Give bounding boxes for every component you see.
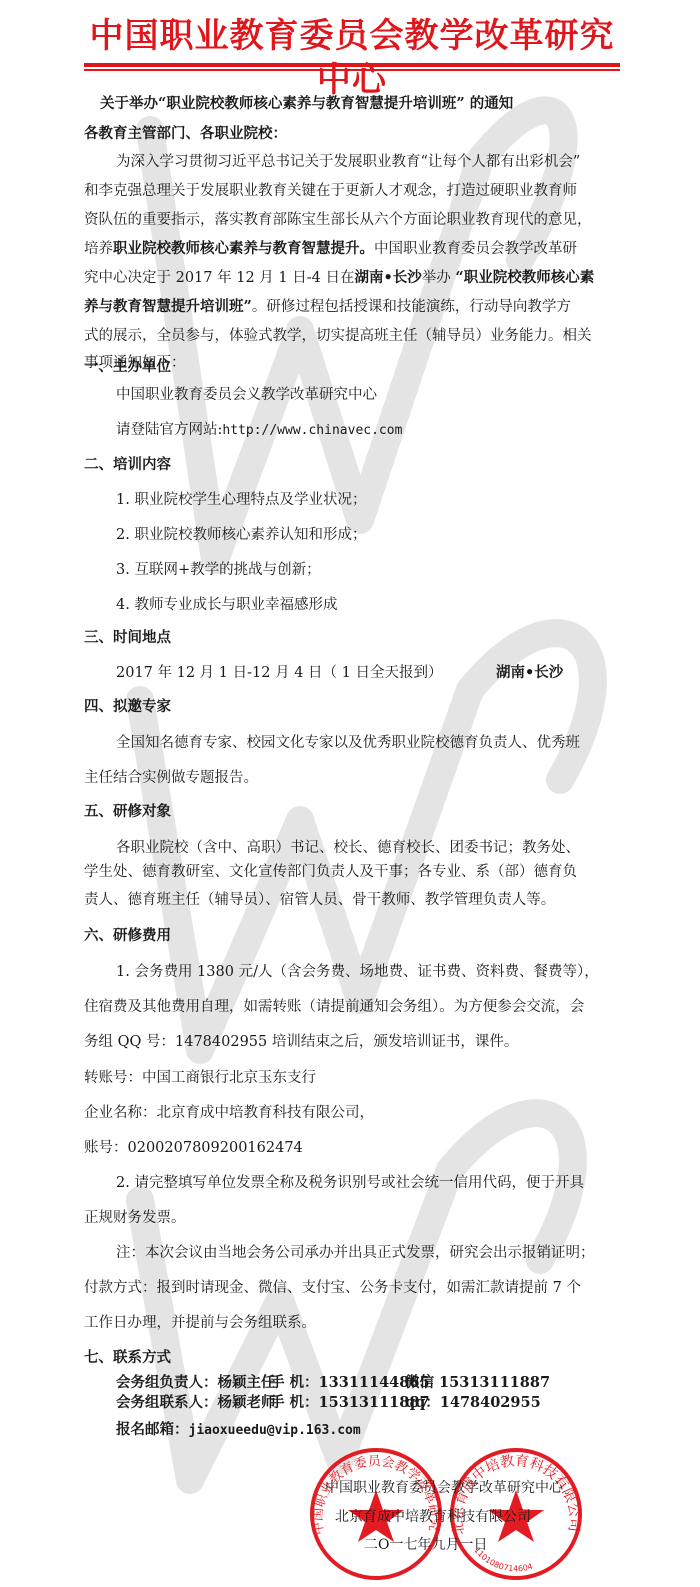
- intro-emphasis: 职业院校教师核心素养与教育智慧提升。: [113, 240, 374, 257]
- letterhead-rule: [84, 63, 620, 67]
- website-link[interactable]: http://www.chinavec.com: [222, 423, 402, 438]
- signature-org2: 北京育成中培教育科技有限公司: [335, 1506, 531, 1526]
- intro-text: 究中心决定于 2017 年 12 月 1 日-4 日在: [84, 270, 354, 286]
- organizer-name: 中国职业教育委员会义教学改革研究中心: [116, 385, 377, 405]
- content-item: 4. 教师专业成长与职业幸福感形成: [116, 595, 337, 615]
- email-line: 报名邮箱：jiaoxueedu@vip.163.com: [116, 1420, 361, 1441]
- content-item: 3. 互联网+教学的挑战与创新；: [116, 560, 321, 580]
- company-name: 企业名称：北京育成中培教育科技有限公司，: [84, 1103, 374, 1123]
- note-text: 工作日办理，并提前与会务组联系。: [84, 1313, 316, 1333]
- event-date: 2017 年 12 月 1 日-12 月 4 日（ 1 日全天报到）: [116, 663, 442, 683]
- intro-emphasis: “职业院校教师核心素: [455, 269, 594, 286]
- section-heading-participants: 五、研修对象: [84, 802, 171, 822]
- account-number: 账号：0200207809200162474: [84, 1138, 303, 1158]
- section-heading-contact: 七、联系方式: [84, 1348, 171, 1368]
- section-heading-content: 二、培训内容: [84, 455, 171, 475]
- intro-line: 究中心决定于 2017 年 12 月 1 日-4 日在湖南•长沙举办 “职业院校…: [84, 268, 594, 288]
- intro-emphasis: 湖南•长沙: [354, 269, 421, 286]
- invoice-text: 2. 请完整填写单位发票全称及税务识别号或社会统一信用代码，便于开具: [116, 1173, 584, 1193]
- contact-qq: qq：1478402955: [405, 1393, 541, 1413]
- email-label: 报名邮箱：: [116, 1421, 189, 1438]
- note-text: 付款方式：报到时请现金、微信、支付宝、公务卡支付，如需汇款请提前 7 个: [84, 1278, 581, 1298]
- website-line: 请登陆官方网站:http://www.chinavec.com: [116, 420, 402, 441]
- participants-text: 各职业院校（含中、高职）书记、校长、德育校长、团委书记；教务处、: [116, 838, 580, 858]
- email-link[interactable]: jiaoxueedu@vip.163.com: [189, 1423, 361, 1438]
- intro-line: 式的展示，全员参与，体验式教学，切实提高班主任（辅导员）业务能力。相关: [84, 326, 592, 346]
- intro-emphasis: 养与教育智慧提升培训班”: [84, 298, 252, 315]
- section-heading-fees: 六、研修费用: [84, 926, 171, 946]
- bank-name: 转账号：中国工商银行北京玉东支行: [84, 1068, 316, 1088]
- fee-text: 务组 QQ 号：1478402955 培训结束之后，颁发培训证书，课件。: [84, 1032, 518, 1052]
- participants-text: 学生处、德育教研室、文化宣传部门负责人及干事；各专业、系（部）德育负: [84, 862, 577, 882]
- intro-line: 为深入学习贯彻习近平总书记关于发展职业教育“让每个人都有出彩机会”: [116, 152, 580, 172]
- intro-line: 资队伍的重要指示，落实教育部陈宝生部长从六个方面论职业教育现代的意见，: [84, 210, 592, 230]
- section-heading-organizer: 一、主办单位: [84, 357, 171, 377]
- note-text: 注：本次会议由当地会务公司承办并出具正式发票，研究会出示报销证明；: [116, 1243, 595, 1263]
- fee-text: 1. 会务费用 1380 元/人（含会务费、场地费、证书费、资料费、餐费等），: [116, 962, 599, 982]
- intro-text: 。研修过程包括授课和技能演练，行动导向教学方: [252, 299, 571, 315]
- salutation: 各教育主管部门、各职业院校：: [84, 124, 287, 144]
- content-item: 1. 职业院校学生心理特点及学业状况；: [116, 490, 366, 510]
- intro-text: 举办: [422, 270, 456, 286]
- signature-org1: 中国职业教育委员会教学改革研究中心: [325, 1477, 563, 1497]
- website-label: 请登陆官方网站:: [116, 422, 222, 438]
- intro-text: 中国职业教育委员会教学改革研: [374, 241, 577, 257]
- contact-wechat: 微信 15313111887: [405, 1373, 550, 1393]
- letterhead-rule-thin: [84, 69, 620, 71]
- contact-role: 会务组联系人：杨颖老师: [116, 1393, 276, 1413]
- intro-text: 培养: [84, 241, 113, 257]
- signature-date: 二O一七年九月一日: [364, 1534, 487, 1554]
- participants-text: 责人、德育班主任（辅导员）、宿管人员、骨干教师、教学管理负责人等。: [84, 890, 555, 910]
- invoice-text: 正规财务发票。: [84, 1208, 186, 1228]
- experts-text: 主任结合实例做专题报告。: [84, 768, 258, 788]
- intro-line: 养与教育智慧提升培训班”。研修过程包括授课和技能演练，行动导向教学方: [84, 297, 571, 317]
- section-heading-time-place: 三、时间地点: [84, 628, 171, 648]
- contact-role: 会务组负责人：杨颖主任: [116, 1373, 276, 1393]
- fee-text: 住宿费及其他费用自理，如需转账（请提前通知会务组）。为方便参会交流，会: [84, 997, 584, 1017]
- notice-title: 关于举办“职业院校教师核心素养与教育智慧提升培训班” 的通知: [100, 92, 513, 113]
- content-item: 2. 职业院校教师核心素养认知和形成；: [116, 525, 366, 545]
- intro-line: 和李克强总理关于发展职业教育关键在于更新人才观念，打造过硬职业教育师: [84, 181, 577, 201]
- event-location: 湖南•长沙: [496, 663, 563, 683]
- experts-text: 全国知名德育专家、校园文化专家以及优秀职业院校德育负责人、优秀班: [116, 733, 580, 753]
- org-letterhead-title: 中国职业教育委员会教学改革研究中心: [82, 14, 622, 102]
- intro-line: 培养职业院校教师核心素养与教育智慧提升。中国职业教育委员会教学改革研: [84, 239, 577, 259]
- section-heading-experts: 四、拟邀专家: [84, 697, 171, 717]
